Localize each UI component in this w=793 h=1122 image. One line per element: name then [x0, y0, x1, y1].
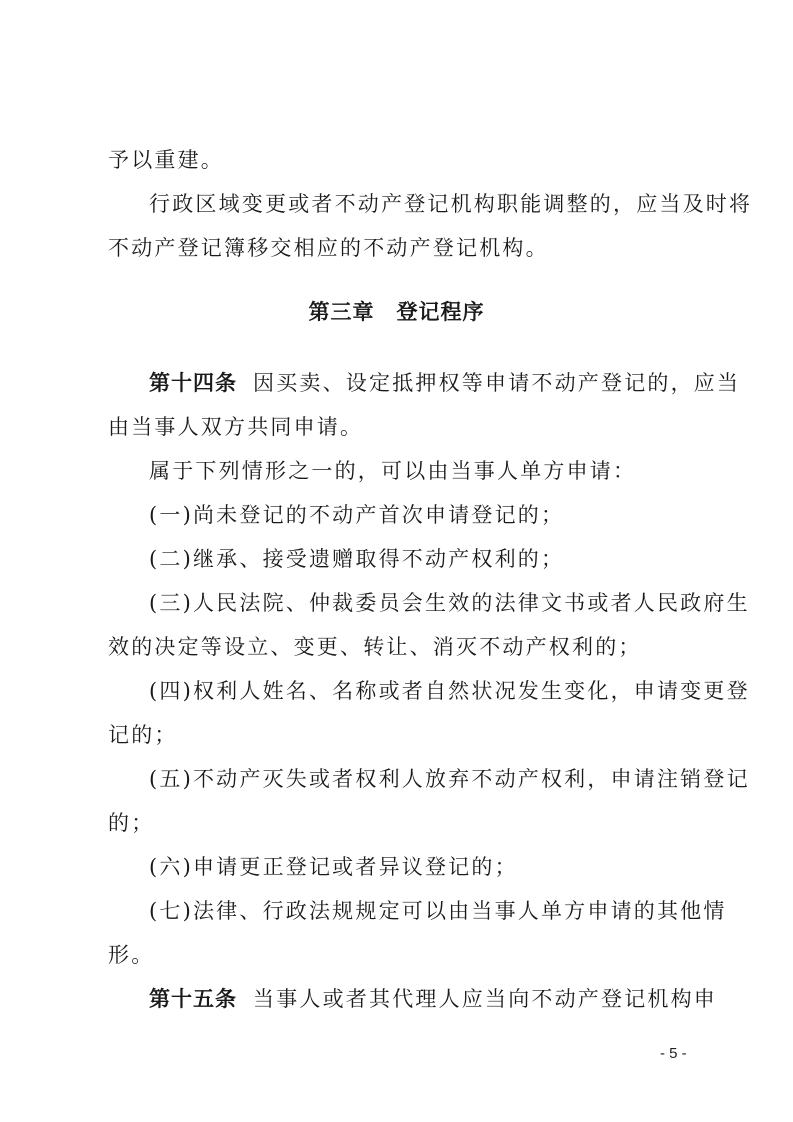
- text-line: 由当事人双方共同申请。: [108, 413, 698, 441]
- chapter-title: 登记程序: [397, 300, 485, 324]
- text-line: 予以重建。: [108, 146, 698, 174]
- chapter-heading: 第三章登记程序: [0, 298, 793, 326]
- list-item: (七)法律、行政法规规定可以由当事人单方申请的其他情: [149, 897, 739, 925]
- article-text: 因买卖、设定抵押权等申请不动产登记的，应当: [253, 371, 740, 395]
- list-item: (一)尚未登记的不动产首次申请登记的；: [149, 501, 739, 529]
- list-item-continuation: 记的；: [108, 721, 698, 749]
- list-item-continuation: 形。: [108, 941, 698, 969]
- article-label: 第十四条: [149, 371, 237, 395]
- article-label: 第十五条: [149, 987, 237, 1011]
- list-item-continuation: 效的决定等设立、变更、转让、消灭不动产权利的；: [108, 633, 698, 661]
- article-14-paragraph: 第十四条因买卖、设定抵押权等申请不动产登记的，应当: [149, 369, 739, 397]
- page-number: - 5 -: [660, 1045, 687, 1062]
- document-page: 予以重建。 行政区域变更或者不动产登记机构职能调整的，应当及时将 不动产登记簿移…: [0, 0, 793, 1122]
- list-item-continuation: 的；: [108, 809, 698, 837]
- text-line: 行政区域变更或者不动产登记机构职能调整的，应当及时将: [149, 190, 739, 218]
- list-item: (二)继承、接受遗赠取得不动产权利的；: [149, 545, 739, 573]
- article-text: 当事人或者其代理人应当向不动产登记机构申: [253, 987, 717, 1011]
- text-line: 属于下列情形之一的，可以由当事人单方申请：: [149, 457, 739, 485]
- chapter-number: 第三章: [309, 300, 375, 324]
- list-item: (四)权利人姓名、名称或者自然状况发生变化，申请变更登: [149, 677, 739, 705]
- article-15-paragraph: 第十五条当事人或者其代理人应当向不动产登记机构申: [149, 985, 739, 1013]
- list-item: (五)不动产灭失或者权利人放弃不动产权利，申请注销登记: [149, 765, 739, 793]
- list-item: (六)申请更正登记或者异议登记的；: [149, 853, 739, 881]
- text-line: 不动产登记簿移交相应的不动产登记机构。: [108, 234, 698, 262]
- list-item: (三)人民法院、仲裁委员会生效的法律文书或者人民政府生: [149, 589, 739, 617]
